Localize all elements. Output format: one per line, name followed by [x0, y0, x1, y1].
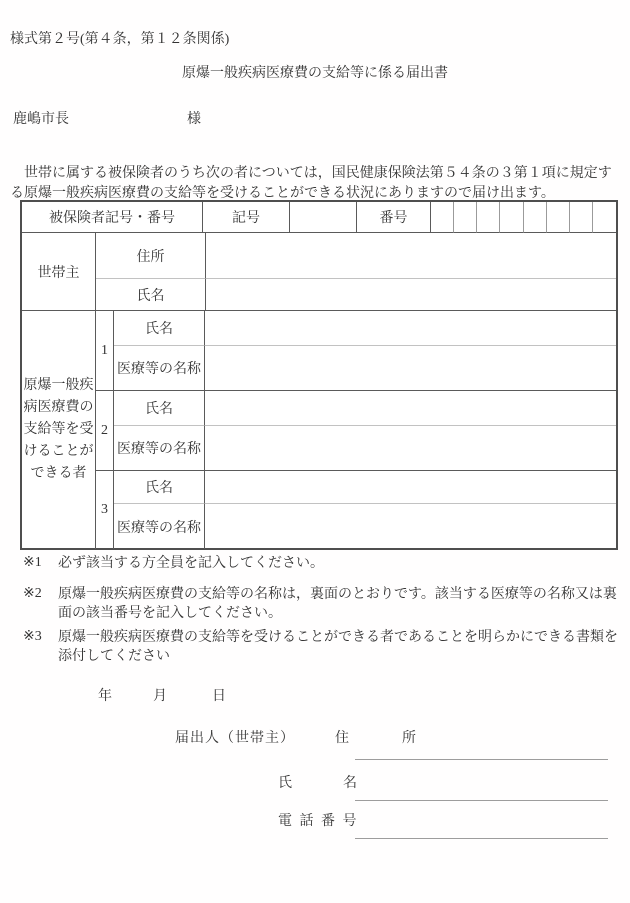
householder-address-label: 住所 [96, 233, 206, 279]
declarant-address-char2: 所 [402, 727, 416, 747]
addressee-honorific: 様 [187, 108, 201, 128]
householder-name-label: 氏名 [96, 279, 206, 311]
page-title: 原爆一般疾病医療費の支給等に係る届出書 [0, 62, 630, 82]
householder-name-input[interactable] [206, 279, 616, 311]
symbol-label: 記号 [203, 202, 290, 233]
form-number: 様式第２号(第４条，第１２条関係) [10, 28, 229, 48]
householder-address-input[interactable] [206, 233, 616, 279]
beneficiary-2-name-input[interactable] [205, 391, 616, 426]
body-text-line1: 世帯に属する被保険者のうち次の者については，国民健康保険法第５４条の３第１項に規… [10, 162, 612, 182]
number-label: 番号 [357, 202, 431, 233]
date-year-label: 年 [98, 685, 112, 705]
householder-label: 世帯主 [22, 233, 96, 311]
date-month-label: 月 [153, 685, 167, 705]
symbol-input-cell[interactable] [290, 202, 357, 233]
beneficiary-3-number: 3 [96, 471, 114, 549]
beneficiary-2-medical-input[interactable] [205, 426, 616, 471]
declarant-name-char1: 氏 [278, 772, 292, 792]
beneficiary-3-medical-label: 医療等の名称 [114, 504, 205, 549]
addressee: 鹿嶋市長 [13, 108, 69, 128]
number-digit-cell[interactable] [570, 202, 593, 233]
beneficiary-2-number: 2 [96, 391, 114, 471]
number-digit-cell[interactable] [477, 202, 500, 233]
beneficiary-3-name-label: 氏名 [114, 471, 205, 504]
insured-number-row: 被保険者記号・番号 記号 番号 [22, 202, 616, 233]
form-page: 様式第２号(第４条，第１２条関係) 原爆一般疾病医療費の支給等に係る届出書 鹿嶋… [0, 0, 630, 903]
note-1-marker: ※1 [23, 554, 58, 573]
insured-number-label: 被保険者記号・番号 [22, 202, 203, 233]
number-digit-cell[interactable] [500, 202, 523, 233]
number-digit-cell[interactable] [524, 202, 547, 233]
declarant-phone-label: 電 話 番 号 [278, 810, 359, 830]
note-3-marker: ※3 [23, 628, 58, 666]
insured-info-table: 被保険者記号・番号 記号 番号 世帯主 住所 氏名 原爆一般疾 [20, 200, 618, 550]
body-text-line2: る原爆一般疾病医療費の支給等を受けることができる状況にありますので届け出ます。 [10, 182, 555, 202]
beneficiary-2-name-label: 氏名 [114, 391, 205, 426]
number-digit-cell[interactable] [547, 202, 570, 233]
declarant-name-blank[interactable] [355, 800, 608, 801]
beneficiary-1-medical-label: 医療等の名称 [114, 346, 205, 391]
householder-section: 世帯主 住所 氏名 [22, 233, 616, 311]
beneficiary-2-medical-label: 医療等の名称 [114, 426, 205, 471]
beneficiary-1-name-input[interactable] [205, 311, 616, 346]
note-2: ※2 原爆一般疾病医療費の支給等の名称は，裏面のとおりです。該当する医療等の名称… [23, 585, 617, 623]
note-3: ※3 原爆一般疾病医療費の支給等を受けることができる者であることを明らかにできる… [23, 628, 618, 666]
beneficiary-1-number: 1 [96, 311, 114, 391]
declarant-label: 届出人（世帯主） [175, 727, 295, 747]
beneficiary-3-name-input[interactable] [205, 471, 616, 504]
note-1: ※1 必ず該当する方全員を記入してください。 [23, 554, 324, 573]
number-digit-cell[interactable] [454, 202, 477, 233]
beneficiary-1-name-label: 氏名 [114, 311, 205, 346]
beneficiary-section: 原爆一般疾 病医療費の 支給等を受 けることが できる者 1 氏名 医療等の名称… [22, 311, 616, 549]
beneficiary-label: 原爆一般疾 病医療費の 支給等を受 けることが できる者 [22, 311, 96, 549]
number-digit-cell[interactable] [593, 202, 616, 233]
beneficiary-1-medical-input[interactable] [205, 346, 616, 391]
date-day-label: 日 [212, 685, 226, 705]
note-2-marker: ※2 [23, 585, 58, 623]
declarant-name-char2: 名 [343, 772, 357, 792]
declarant-phone-blank[interactable] [355, 838, 608, 839]
declarant-address-blank[interactable] [355, 759, 608, 760]
declarant-address-char1: 住 [335, 727, 349, 747]
number-digit-cell[interactable] [431, 202, 454, 233]
beneficiary-3-medical-input[interactable] [205, 504, 616, 549]
